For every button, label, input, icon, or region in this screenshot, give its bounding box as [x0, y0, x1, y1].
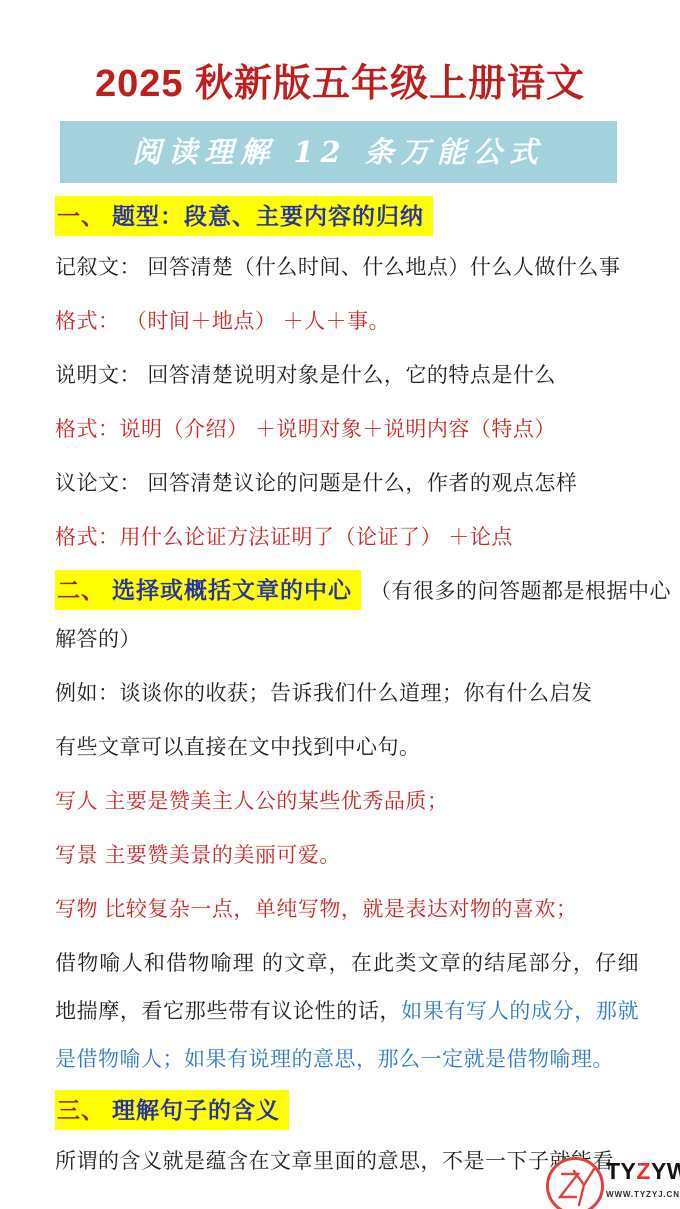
section2-number: 二、 — [57, 577, 105, 603]
page-title: 2025 秋新版五年级上册语文 — [0, 52, 680, 107]
s1-expository-rule: 说明文： 回答清楚说明对象是什么，它的特点是什么 — [55, 352, 639, 400]
section1-heading-highlight: 一、题型：段意、主要内容的归纳 — [55, 196, 433, 236]
section1-title: 题型：段意、主要内容的归纳 — [112, 203, 424, 229]
s1-narrative-rule: 记叙文： 回答清楚（什么时间、什么地点）什么人做什么事 — [55, 244, 639, 292]
section1-heading: 一、题型：段意、主要内容的归纳 — [55, 196, 639, 236]
section2-title: 选择或概括文章的中心 — [112, 577, 352, 603]
s2-writing-objects: 写物 比较复杂一点，单纯写物，就是表达对物的喜欢； — [55, 886, 639, 934]
brand-url: WWW.TYZYJ.CN — [606, 1190, 680, 1199]
s2-writing-people: 写人 主要是赞美主人公的某些优秀品质； — [55, 778, 639, 826]
s2-writing-scenery: 写景 主要赞美景的美丽可爱。 — [55, 832, 639, 880]
section3-heading-highlight: 三、理解句子的含义 — [55, 1090, 289, 1130]
worksheet-body: 一、题型：段意、主要内容的归纳 记叙文： 回答清楚（什么时间、什么地点）什么人做… — [55, 196, 639, 1192]
brand-part-ty: TY — [606, 1158, 636, 1184]
s1-argumentative-format: 格式：用什么论证方法证明了（论证了） ＋论点 — [55, 514, 639, 562]
brand-text: TYZYW — [606, 1158, 680, 1185]
section2-note-line2: 解答的） — [55, 616, 639, 664]
section2-heading: 二、选择或概括文章的中心（有很多的问答题都是根据中心 解答的） — [55, 568, 639, 664]
brand-part-z: Z — [636, 1158, 651, 1184]
zy-logo-circle — [546, 1157, 604, 1209]
s2-central-sentence: 有些文章可以直接在文中找到中心句。 — [55, 724, 639, 772]
s1-narrative-format: 格式： （时间＋地点） ＋人＋事。 — [55, 298, 639, 346]
section3-title: 理解句子的含义 — [112, 1097, 280, 1123]
section1-number: 一、 — [57, 203, 105, 229]
section2-heading-highlight: 二、选择或概括文章的中心 — [55, 570, 361, 610]
section2-note-line1: （有很多的问答题都是根据中心 — [370, 580, 671, 603]
banner-title: 阅读理解 12 条万能公式 — [60, 121, 617, 183]
section3-number: 三、 — [57, 1097, 105, 1123]
section2-heading-line: 二、选择或概括文章的中心（有很多的问答题都是根据中心 — [55, 568, 639, 616]
s2-example: 例如：谈谈你的收获；告诉我们什么道理；你有什么启发 — [55, 670, 639, 718]
zy-monogram-icon — [549, 1160, 601, 1209]
brand-part-yw: YW — [651, 1158, 680, 1184]
section3-heading: 三、理解句子的含义 — [55, 1090, 639, 1130]
s2-metaphor-paragraph: 借物喻人和借物喻理 的文章，在此类文章的结尾部分，仔细地揣摩，看它那些带有议论性… — [55, 940, 639, 1084]
banner: 阅读理解 12 条万能公式 — [60, 121, 617, 183]
s1-argumentative-rule: 议论文： 回答清楚议论的问题是什么，作者的观点怎样 — [55, 460, 639, 508]
s1-expository-format: 格式：说明（介绍） ＋说明对象＋说明内容（特点） — [55, 406, 639, 454]
